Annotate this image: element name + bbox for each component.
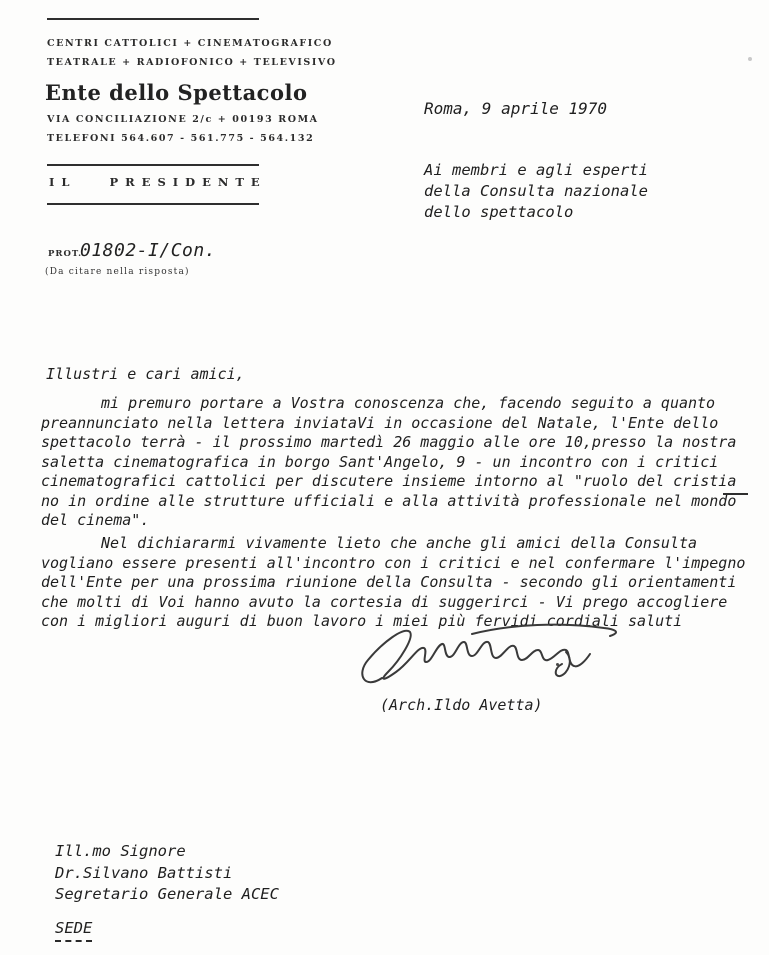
word-division-overline: [723, 493, 748, 495]
body-line: Nel dichiararmi vivamente lieto che anch…: [41, 534, 745, 554]
footer-location: SEDE: [55, 919, 92, 942]
scan-noise-speck: [748, 57, 752, 61]
letterhead-mid-rule: [47, 164, 259, 166]
letterhead-address: VIA CONCILIAZIONE 2/c + 00193 ROMA: [47, 114, 319, 125]
protocol-number: 01802-I/Con.: [80, 240, 216, 261]
letterhead-top-rule: [47, 18, 259, 20]
org-name: Ente dello Spettacolo: [45, 80, 307, 105]
paragraph-1: mi premuro portare a Vostra conoscenza c…: [41, 394, 736, 531]
footer-line: Ill.mo Signore: [55, 841, 279, 863]
footer-line: Dr.Silvano Battisti: [55, 863, 279, 885]
body-line: che molti di Voi hanno avuto la cortesia…: [41, 593, 745, 613]
letterhead-bottom-rule: [47, 203, 259, 205]
body-line: saletta cinematografica in borgo Sant'An…: [41, 453, 736, 473]
recipient-line: Ai membri e agli esperti: [424, 160, 648, 181]
letterhead-org-line2: TEATRALE + RADIOFONICO + TELEVISIVO: [47, 57, 337, 68]
recipient-line: dello spettacolo: [424, 202, 648, 223]
letterhead-org-line1: CENTRI CATTOLICI + CINEMATOGRAFICO: [47, 38, 333, 49]
body-line: spettacolo terrà - il prossimo martedì 2…: [41, 433, 736, 453]
recipient-line: della Consulta nazionale: [424, 181, 648, 202]
body-line: cinematografici cattolici per discutere …: [41, 472, 736, 492]
body-line: mi premuro portare a Vostra conoscenza c…: [41, 394, 736, 414]
handwritten-signature: [352, 616, 637, 696]
body-line: del cinema".: [41, 511, 736, 531]
footer-recipient-block: Ill.mo Signore Dr.Silvano Battisti Segre…: [55, 841, 279, 906]
ink-dot: [556, 663, 559, 666]
letterhead-phones: TELEFONI 564.607 - 561.775 - 564.132: [47, 133, 314, 144]
signer-name: (Arch.Ildo Avetta): [380, 696, 543, 716]
protocol-label: PROT.: [48, 249, 82, 259]
body-line: dell'Ente per una prossima riunione dell…: [41, 573, 745, 593]
body-line: vogliano essere presenti all'incontro co…: [41, 554, 745, 574]
body-line: no in ordine alle strutture ufficiali e …: [41, 492, 736, 512]
scanned-letter-page: { "letterhead": { "org_line1": "CENTRI C…: [0, 0, 769, 955]
president-title: IL PRESIDENTE: [49, 175, 267, 189]
body-line: preannunciato nella lettera inviataVi in…: [41, 414, 736, 434]
date-line: Roma, 9 aprile 1970: [424, 99, 607, 119]
recipient-block: Ai membri e agli esperti della Consulta …: [424, 160, 648, 223]
protocol-note: (Da citare nella risposta): [45, 267, 190, 277]
footer-line: Segretario Generale ACEC: [55, 884, 279, 906]
salutation: Illustri e cari amici,: [46, 365, 245, 385]
